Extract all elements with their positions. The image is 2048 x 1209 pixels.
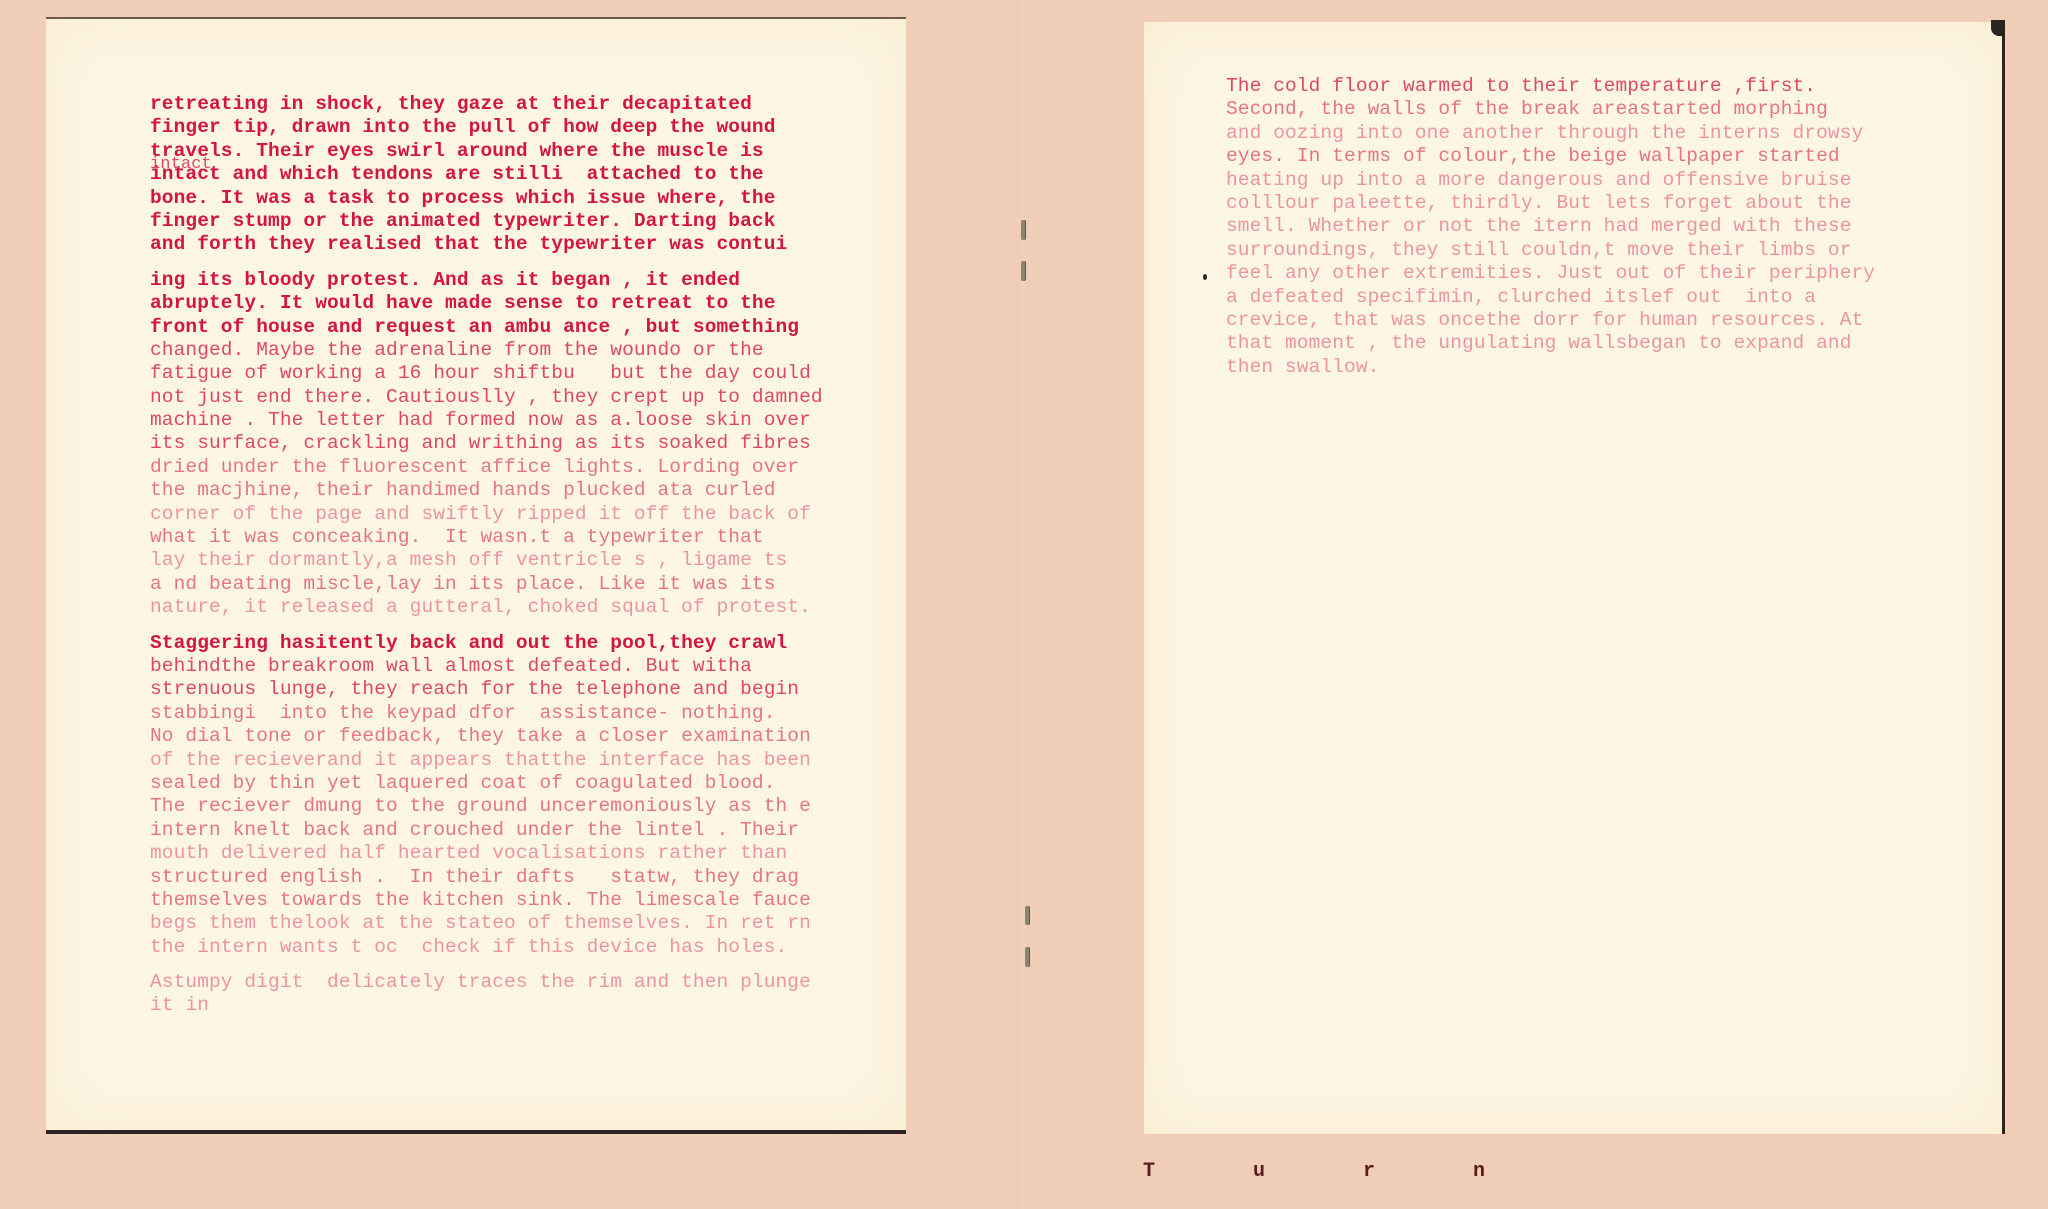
- typed-paragraph: The cold floor warmed to their temperatu…: [1226, 75, 1875, 379]
- typed-line: nature, it released a gutteral, choked s…: [150, 596, 823, 619]
- typed-line: and oozing into one another through the …: [1226, 122, 1875, 145]
- staple-icon: [1025, 906, 1029, 925]
- typed-line: machine . The letter had formed now as a…: [150, 409, 823, 432]
- typed-line: strenuous lunge, they reach for the tele…: [150, 678, 823, 701]
- ink-speck: [1203, 274, 1207, 280]
- paragraph-gap: [150, 959, 823, 971]
- typed-paragraph: Astumpy digit delicately traces the rim …: [150, 971, 823, 1018]
- staple-icon: [1021, 261, 1025, 281]
- typed-line: heating up into a more dangerous and off…: [1226, 169, 1875, 192]
- typed-line: surroundings, they still couldn,t move t…: [1226, 239, 1875, 262]
- typed-paragraph: Staggering hasitently back and out the p…: [150, 632, 823, 959]
- typed-paragraph: ing its bloody protest. And as it began …: [150, 269, 823, 620]
- typed-line: The cold floor warmed to their temperatu…: [1226, 75, 1875, 98]
- page-corner-icon: [1991, 20, 2005, 36]
- typed-line: ing its bloody protest. And as it began …: [150, 269, 823, 292]
- typed-line: that moment , the ungulating wallsbegan …: [1226, 332, 1875, 355]
- typed-line: abruptely. It would have made sense to r…: [150, 292, 823, 315]
- typed-line: corner of the page and swiftly ripped it…: [150, 503, 823, 526]
- typed-line: intern knelt back and crouched under the…: [150, 819, 823, 842]
- typed-line: eyes. In terms of colour,the beige wallp…: [1226, 145, 1875, 168]
- typed-line: Astumpy digit delicately traces the rim …: [150, 971, 823, 994]
- typed-line: retreating in shock, they gaze at their …: [150, 93, 823, 116]
- typed-line: what it was conceaking. It wasn.t a type…: [150, 526, 823, 549]
- left-page: retreating in shock, they gaze at their …: [46, 17, 906, 1134]
- typed-line: finger tip, drawn into the pull of how d…: [150, 116, 823, 139]
- staple-icon: [1025, 947, 1029, 967]
- right-page: The cold floor warmed to their temperatu…: [1144, 22, 2005, 1134]
- typed-line: intact and which tendons are stilli atta…: [150, 163, 823, 186]
- typed-paragraph: retreating in shock, they gaze at their …: [150, 93, 823, 257]
- typed-line: not just end there. Cautiouslly , they c…: [150, 386, 823, 409]
- paragraph-gap: [150, 620, 823, 632]
- typed-line: front of house and request an ambu ance …: [150, 316, 823, 339]
- left-page-text: retreating in shock, they gaze at their …: [150, 93, 823, 1018]
- turn-letter: u: [1253, 1160, 1363, 1183]
- typed-line: then swallow.: [1226, 356, 1875, 379]
- typed-line: begs them thelook at the stateo of thems…: [150, 912, 823, 935]
- typed-line: crevice, that was oncethe dorr for human…: [1226, 309, 1875, 332]
- typed-line: its surface, crackling and writhing as i…: [150, 432, 823, 455]
- typed-line: travels. Their eyes swirl around where t…: [150, 140, 823, 163]
- typed-line: the intern wants t oc check if this devi…: [150, 936, 823, 959]
- typed-line: a nd beating miscle,lay in its place. Li…: [150, 573, 823, 596]
- typed-line: lay their dormantly,a mesh off ventricle…: [150, 549, 823, 572]
- typed-line: Second, the walls of the break areastart…: [1226, 98, 1875, 121]
- typed-line: structured english . In their dafts stat…: [150, 866, 823, 889]
- typed-line: No dial tone or feedback, they take a cl…: [150, 725, 823, 748]
- typed-line: of the recieverand it appears thatthe in…: [150, 749, 823, 772]
- typed-line: changed. Maybe the adrenaline from the w…: [150, 339, 823, 362]
- typed-line: and forth they realised that the typewri…: [150, 233, 823, 256]
- typed-line: sealed by thin yet laquered coat of coag…: [150, 772, 823, 795]
- typed-line: mouth delivered half hearted vocalisatio…: [150, 842, 823, 865]
- turn-letter: T: [1143, 1160, 1253, 1183]
- typed-line: Staggering hasitently back and out the p…: [150, 632, 823, 655]
- typed-line: it in: [150, 994, 823, 1017]
- typed-line: stabbingi into the keypad dfor assistanc…: [150, 702, 823, 725]
- book-gutter: [1022, 0, 1025, 1209]
- turn-letter: n: [1473, 1160, 1583, 1183]
- turn-letter: r: [1363, 1160, 1473, 1183]
- typed-line: bone. It was a task to process which iss…: [150, 187, 823, 210]
- typed-line: a defeated specifimin, clurched itslef o…: [1226, 286, 1875, 309]
- typed-line: The reciever dmung to the ground uncerem…: [150, 795, 823, 818]
- typed-line: themselves towards the kitchen sink. The…: [150, 889, 823, 912]
- typed-line: fatigue of working a 16 hour shiftbu but…: [150, 362, 823, 385]
- staple-icon: [1021, 220, 1025, 240]
- typed-line: finger stump or the animated typewriter.…: [150, 210, 823, 233]
- typed-line: the macjhine, their handimed hands pluck…: [150, 479, 823, 502]
- typed-line: feel any other extremities. Just out of …: [1226, 262, 1875, 285]
- turn-footer: T u r n: [1143, 1160, 1583, 1183]
- typed-line: behindthe breakroom wall almost defeated…: [150, 655, 823, 678]
- typed-line: dried under the fluorescent affice light…: [150, 456, 823, 479]
- paragraph-gap: [150, 257, 823, 269]
- typed-line: smell. Whether or not the itern had merg…: [1226, 215, 1875, 238]
- typed-line: colllour paleette, thirdly. But lets for…: [1226, 192, 1875, 215]
- right-page-text: The cold floor warmed to their temperatu…: [1226, 75, 1875, 379]
